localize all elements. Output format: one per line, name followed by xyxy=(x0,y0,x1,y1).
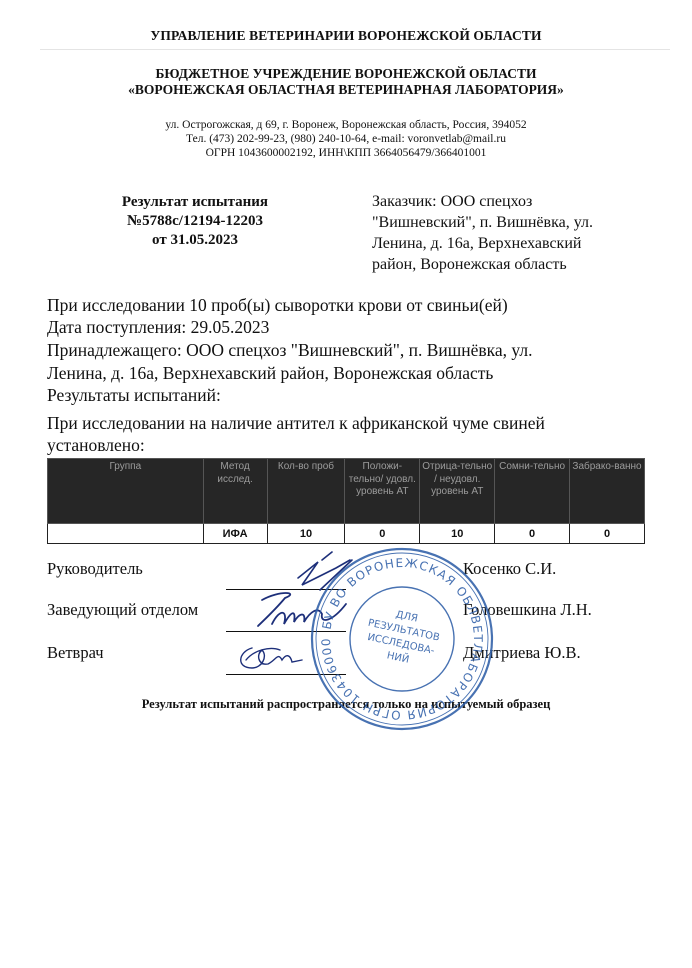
organization-name-line1: БЮДЖЕТНОЕ УЧРЕЖДЕНИЕ ВОРОНЕЖСКОЙ ОБЛАСТИ xyxy=(0,66,692,82)
ministry-heading: УПРАВЛЕНИЕ ВЕТЕРИНАРИИ ВОРОНЕЖСКОЙ ОБЛАС… xyxy=(0,28,692,44)
signature-name-dept-head: Головешкина Л.Н. xyxy=(463,600,592,620)
organization-phones-email: Тел. (473) 202-99-23, (980) 240-10-64, e… xyxy=(0,133,692,147)
column-header-negative: Отрица-тельно / неудовл. уровень АТ xyxy=(420,459,495,524)
customer-line: район, Воронежская область xyxy=(372,254,662,275)
svg-text:РЕЗУЛЬТАТОВ: РЕЗУЛЬТАТОВ xyxy=(367,618,441,644)
table-header-row: Группа Метод исслед. Кол-во проб Положи-… xyxy=(48,459,645,524)
cell-positive: 0 xyxy=(345,524,420,544)
cell-rejected: 0 xyxy=(570,524,645,544)
column-header-method: Метод исслед. xyxy=(203,459,267,524)
customer-line: "Вишневский", п. Вишнёвка, ул. xyxy=(372,212,662,233)
cell-negative: 10 xyxy=(420,524,495,544)
header-divider xyxy=(40,49,670,50)
signature-role-vet: Ветврач xyxy=(47,643,104,663)
results-table: Группа Метод исслед. Кол-во проб Положи-… xyxy=(47,458,645,544)
column-header-rejected: Забрако-ванно xyxy=(570,459,645,524)
signature-name-vet: Дмитриева Ю.В. xyxy=(463,643,581,663)
signature-line-head xyxy=(226,589,346,590)
svg-text:ИССЛЕДОВА-: ИССЛЕДОВА- xyxy=(366,632,435,657)
received-date: Дата поступления: 29.05.2023 xyxy=(47,316,269,338)
column-header-positive: Положи-тельно/ удовл. уровень АТ xyxy=(345,459,420,524)
table-row: ИФА 10 0 10 0 0 xyxy=(48,524,645,544)
finding-line2: установлено: xyxy=(47,434,145,456)
cell-doubtful: 0 xyxy=(495,524,570,544)
samples-description: При исследовании 10 проб(ы) сыворотки кр… xyxy=(47,294,508,316)
organization-registration-ids: ОГРН 1043600002192, ИНН\КПП 3664056479/3… xyxy=(0,147,692,161)
customer-line: Заказчик: ООО спецхоз xyxy=(372,191,662,212)
signature-name-head: Косенко С.И. xyxy=(463,559,556,579)
organization-address: ул. Острогожская, д 69, г. Воронеж, Воро… xyxy=(0,119,692,133)
finding-line1: При исследовании на наличие антител к аф… xyxy=(47,412,545,434)
signature-vet-icon xyxy=(241,648,302,668)
organization-name-line2: «ВОРОНЕЖСКАЯ ОБЛАСТНАЯ ВЕТЕРИНАРНАЯ ЛАБО… xyxy=(0,82,692,98)
cell-method: ИФА xyxy=(203,524,267,544)
results-label: Результаты испытаний: xyxy=(47,384,221,406)
svg-text:ДЛЯ: ДЛЯ xyxy=(395,609,419,624)
signature-dept-head-icon xyxy=(258,593,346,626)
customer-line: Ленина, д. 16а, Верхнехавский xyxy=(372,233,662,254)
signature-line-dept-head xyxy=(226,631,346,632)
result-title-block: Результат испытания №5788с/12194-12203 о… xyxy=(60,193,330,250)
cell-group xyxy=(48,524,204,544)
customer-block: Заказчик: ООО спецхоз "Вишневский", п. В… xyxy=(372,191,662,275)
result-number: №5788с/12194-12203 xyxy=(60,212,330,231)
result-title: Результат испытания xyxy=(60,193,330,212)
disclaimer: Результат испытаний распространяется тол… xyxy=(0,697,692,712)
column-header-doubtful: Сомни-тельно xyxy=(495,459,570,524)
owner-line1: Принадлежащего: ООО спецхоз "Вишневский"… xyxy=(47,339,533,361)
result-date: от 31.05.2023 xyxy=(60,231,330,250)
svg-text:НИЙ: НИЙ xyxy=(386,648,411,665)
column-header-group: Группа xyxy=(48,459,204,524)
cell-sample-count: 10 xyxy=(267,524,345,544)
column-header-sample-count: Кол-во проб xyxy=(267,459,345,524)
signature-role-dept-head: Заведующий отделом xyxy=(47,600,198,620)
owner-line2: Ленина, д. 16а, Верхнехавский район, Вор… xyxy=(47,362,493,384)
signature-line-vet xyxy=(226,674,346,675)
signature-role-head: Руководитель xyxy=(47,559,143,579)
signature-head-icon xyxy=(298,552,352,590)
